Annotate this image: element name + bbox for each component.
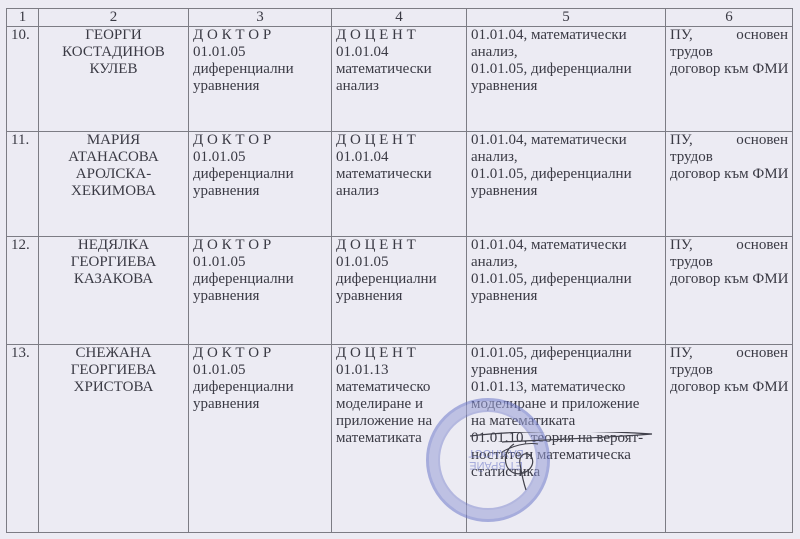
text-line: диференциални bbox=[193, 271, 327, 288]
text-line: ХЕКИМОВА bbox=[43, 183, 184, 200]
text-line: уравнения bbox=[471, 288, 661, 305]
text-line: анализ, bbox=[471, 149, 661, 166]
column-header-5: 5 bbox=[467, 9, 666, 27]
person-name: МАРИЯАТАНАСОВААРОЛСКА-ХЕКИМОВА bbox=[39, 132, 189, 237]
academic-rank: Д О Ц Е Н Т01.01.13математическомоделира… bbox=[332, 345, 467, 533]
text-line: анализ, bbox=[471, 254, 661, 271]
text-line: АРОЛСКА- bbox=[43, 166, 184, 183]
scientific-degree: Д О К Т О Р01.01.05диференциалниуравнени… bbox=[189, 345, 332, 533]
text-line: анализ bbox=[336, 78, 462, 95]
specialties: 01.01.04, математическианализ,01.01.05, … bbox=[467, 132, 666, 237]
employment-line-1: ПУ, основен трудов bbox=[670, 27, 788, 61]
row-number: 10. bbox=[7, 27, 39, 132]
text-line: КАЗАКОВА bbox=[43, 271, 184, 288]
column-header-2: 2 bbox=[39, 9, 189, 27]
text-line: 01.01.05, диференциални bbox=[471, 166, 661, 183]
degree-title: Д О К Т О Р bbox=[193, 132, 327, 149]
employment-line-2: договор към ФМИ bbox=[670, 166, 788, 183]
employment-line-2: договор към ФМИ bbox=[670, 379, 788, 396]
degree-title: Д О К Т О Р bbox=[193, 345, 327, 362]
degree-code: 01.01.05 bbox=[193, 149, 327, 166]
staff-table: 1 2 3 4 5 6 10.ГЕОРГИКОСТАДИНОВКУЛЕВД О … bbox=[6, 8, 793, 533]
text-line: 01.01.05, диференциални bbox=[471, 271, 661, 288]
text-line: уравнения bbox=[193, 288, 327, 305]
text-line: диференциални bbox=[193, 61, 327, 78]
table-row: 10.ГЕОРГИКОСТАДИНОВКУЛЕВД О К Т О Р01.01… bbox=[7, 27, 793, 132]
text-line: анализ bbox=[336, 183, 462, 200]
text-line: ХРИСТОВА bbox=[43, 379, 184, 396]
degree-code: 01.01.05 bbox=[193, 362, 327, 379]
employment-type: ПУ, основен трудовдоговор към ФМИ bbox=[666, 237, 793, 345]
rank-code: 01.01.13 bbox=[336, 362, 462, 379]
text-line: уравнения bbox=[336, 288, 462, 305]
academic-rank: Д О Ц Е Н Т01.01.04математическианализ bbox=[332, 27, 467, 132]
row-number: 11. bbox=[7, 132, 39, 237]
rank-title: Д О Ц Е Н Т bbox=[336, 132, 462, 149]
table-row: 11.МАРИЯАТАНАСОВААРОЛСКА-ХЕКИМОВАД О К Т… bbox=[7, 132, 793, 237]
text-line: 01.01.13, математическо bbox=[471, 379, 661, 396]
employment-line-2: договор към ФМИ bbox=[670, 61, 788, 78]
text-line: СНЕЖАНА bbox=[43, 345, 184, 362]
text-line: КОСТАДИНОВ bbox=[43, 44, 184, 61]
employment-type: ПУ, основен трудовдоговор към ФМИ bbox=[666, 345, 793, 533]
scientific-degree: Д О К Т О Р01.01.05диференциалниуравнени… bbox=[189, 237, 332, 345]
academic-rank: Д О Ц Е Н Т01.01.04математическианализ bbox=[332, 132, 467, 237]
employment-type: ПУ, основен трудовдоговор към ФМИ bbox=[666, 132, 793, 237]
person-name: ГЕОРГИКОСТАДИНОВКУЛЕВ bbox=[39, 27, 189, 132]
text-line: диференциални bbox=[336, 271, 462, 288]
table-row: 12.НЕДЯЛКАГЕОРГИЕВАКАЗАКОВАД О К Т О Р01… bbox=[7, 237, 793, 345]
row-number: 12. bbox=[7, 237, 39, 345]
rank-title: Д О Ц Е Н Т bbox=[336, 27, 462, 44]
scientific-degree: Д О К Т О Р01.01.05диференциалниуравнени… bbox=[189, 27, 332, 132]
text-line: приложение на bbox=[336, 413, 462, 430]
rank-code: 01.01.04 bbox=[336, 149, 462, 166]
column-header-1: 1 bbox=[7, 9, 39, 27]
academic-rank: Д О Ц Е Н Т01.01.05диференциалниуравнени… bbox=[332, 237, 467, 345]
text-line: 01.01.05, диференциални bbox=[471, 61, 661, 78]
text-line: анализ, bbox=[471, 44, 661, 61]
scanned-document-page: 1 2 3 4 5 6 10.ГЕОРГИКОСТАДИНОВКУЛЕВД О … bbox=[0, 0, 800, 539]
employment-line-2: договор към ФМИ bbox=[670, 271, 788, 288]
rank-code: 01.01.05 bbox=[336, 254, 462, 271]
text-line: математически bbox=[336, 166, 462, 183]
column-header-6: 6 bbox=[666, 9, 793, 27]
text-line: ГЕОРГИ bbox=[43, 27, 184, 44]
text-line: уравнения bbox=[193, 396, 327, 413]
employment-type: ПУ, основен трудовдоговор към ФМИ bbox=[666, 27, 793, 132]
rank-title: Д О Ц Е Н Т bbox=[336, 345, 462, 362]
row-number: 13. bbox=[7, 345, 39, 533]
employment-line-1: ПУ, основен трудов bbox=[670, 237, 788, 271]
specialties: 01.01.04, математическианализ,01.01.05, … bbox=[467, 237, 666, 345]
degree-title: Д О К Т О Р bbox=[193, 27, 327, 44]
text-line: ГЕОРГИЕВА bbox=[43, 254, 184, 271]
column-header-4: 4 bbox=[332, 9, 467, 27]
text-line: математически bbox=[336, 61, 462, 78]
employment-line-1: ПУ, основен трудов bbox=[670, 345, 788, 379]
scientific-degree: Д О К Т О Р01.01.05диференциалниуравнени… bbox=[189, 132, 332, 237]
text-line: ГЕОРГИЕВА bbox=[43, 362, 184, 379]
text-line: 01.01.05, диференциални bbox=[471, 345, 661, 362]
rank-code: 01.01.04 bbox=[336, 44, 462, 61]
degree-title: Д О К Т О Р bbox=[193, 237, 327, 254]
text-line: математиката bbox=[336, 430, 462, 447]
text-line: диференциални bbox=[193, 379, 327, 396]
text-line: математическо bbox=[336, 379, 462, 396]
text-line: моделиране и приложение bbox=[471, 396, 661, 413]
specialties: 01.01.05, диференциалниуравнения01.01.13… bbox=[467, 345, 666, 533]
text-line: 01.01.04, математически bbox=[471, 237, 661, 254]
table-row: 13.СНЕЖАНАГЕОРГИЕВАХРИСТОВАД О К Т О Р01… bbox=[7, 345, 793, 533]
text-line: уравнения bbox=[193, 183, 327, 200]
rank-title: Д О Ц Е Н Т bbox=[336, 237, 462, 254]
column-number-row: 1 2 3 4 5 6 bbox=[7, 9, 793, 27]
column-header-3: 3 bbox=[189, 9, 332, 27]
text-line: на математиката bbox=[471, 413, 661, 430]
text-line: НЕДЯЛКА bbox=[43, 237, 184, 254]
text-line: статистика bbox=[471, 464, 661, 481]
text-line: уравнения bbox=[471, 183, 661, 200]
employment-line-1: ПУ, основен трудов bbox=[670, 132, 788, 166]
text-line: КУЛЕВ bbox=[43, 61, 184, 78]
text-line: ностите и математическа bbox=[471, 447, 661, 464]
degree-code: 01.01.05 bbox=[193, 254, 327, 271]
text-line: уравнения bbox=[471, 78, 661, 95]
person-name: НЕДЯЛКАГЕОРГИЕВАКАЗАКОВА bbox=[39, 237, 189, 345]
text-line: уравнения bbox=[193, 78, 327, 95]
specialties: 01.01.04, математическианализ,01.01.05, … bbox=[467, 27, 666, 132]
text-line: уравнения bbox=[471, 362, 661, 379]
text-line: диференциални bbox=[193, 166, 327, 183]
text-line: 01.01.04, математически bbox=[471, 132, 661, 149]
text-line: 01.01.10, теория на вероят- bbox=[471, 430, 661, 447]
person-name: СНЕЖАНАГЕОРГИЕВАХРИСТОВА bbox=[39, 345, 189, 533]
text-line: АТАНАСОВА bbox=[43, 149, 184, 166]
text-line: моделиране и bbox=[336, 396, 462, 413]
text-line: 01.01.04, математически bbox=[471, 27, 661, 44]
text-line: МАРИЯ bbox=[43, 132, 184, 149]
degree-code: 01.01.05 bbox=[193, 44, 327, 61]
